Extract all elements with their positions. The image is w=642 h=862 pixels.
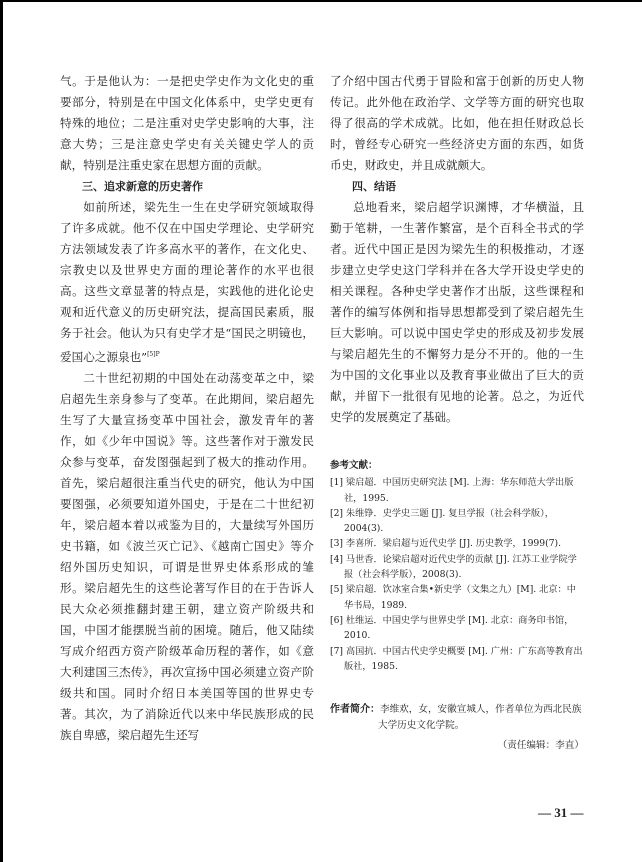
reference-item: [2] 朱维铮．史学史三题 [J]. 复旦学报（社会科学版），2004(3). [330,506,584,537]
author-bio-body: 作者简介：李维欢，女，安徽宣城人，作者单位为西北民族大学历史文化学院。 [330,702,584,734]
paragraph-text: 如前所述，梁先生一生在史学研究领域取得了许多成就。他不仅在中国史学理论、史学研究… [60,200,314,364]
scan-border-left [0,0,3,862]
citation-marker: [5]P [147,351,160,358]
author-bio-label: 作者简介： [330,704,380,715]
paragraph-twentieth-century: 二十世纪初期的中国处在动荡变革之中，梁启超先生亲身参与了变革。在此期间，梁启超先… [60,368,314,746]
paragraph-continuation: 了介绍中国古代勇于冒险和富于创新的历史人物传记。此外他在政治学、文学等方面的研究… [330,71,584,176]
paragraph-continuation: 气。于是他认为：一是把史学史作为文化史的重要部分，特别是在中国文化体系中，史学史… [60,71,314,176]
scan-border-top [0,0,642,2]
responsible-editor: （责任编辑：李直） [330,738,584,754]
references-title: 参考文献： [330,458,584,473]
right-column: 了介绍中国古代勇于冒险和富于创新的历史人物传记。此外他在政治学、文学等方面的研究… [330,71,584,754]
section-heading-4: 四、结语 [330,176,584,197]
left-column: 气。于是他认为：一是把史学史作为文化史的重要部分，特别是在中国文化体系中，史学史… [60,71,314,746]
reference-item: [6] 杜维运．中国史学与世界史学 [M]. 北京：商务印书馆，2010. [330,613,584,644]
page-number: — 31 — [538,805,584,821]
reference-item: [4] 马世香．论梁启超对近代史学的贡献 [J]. 江苏工业学院学报（社会科学版… [330,552,584,583]
reference-item: [3] 李喜所．梁启超与近代史学 [J]. 历史教学，1999(7). [330,536,584,551]
section-heading-3: 三、追求新意的历史著作 [60,176,314,197]
reference-item: [1] 梁启超．中国历史研究法 [M]. 上海：华东师范大学出版社，1995. [330,475,584,506]
paragraph-conclusion: 总地看来，梁启超学识渊博，才华横溢，且勤于笔耕，一生著作繁富，是个百科全书式的学… [330,197,584,428]
reference-item: [7] 高国抗．中国古代史学史概要 [M]. 广州：广东高等教育出版社，1985… [330,644,584,675]
author-bio-text: 李维欢，女，安徽宣城人，作者单位为西北民族大学历史文化学院。 [378,704,581,731]
paragraph-new-works: 如前所述，梁先生一生在史学研究领域取得了许多成就。他不仅在中国史学理论、史学研究… [60,197,314,368]
author-bio: 作者简介：李维欢，女，安徽宣城人，作者单位为西北民族大学历史文化学院。 （责任编… [330,702,584,754]
references-section: 参考文献： [1] 梁启超．中国历史研究法 [M]. 上海：华东师范大学出版社，… [330,458,584,674]
reference-item: [5] 梁启超．饮冰室合集•新史学（文集之九）[M]. 北京：中华书局，1989… [330,582,584,613]
